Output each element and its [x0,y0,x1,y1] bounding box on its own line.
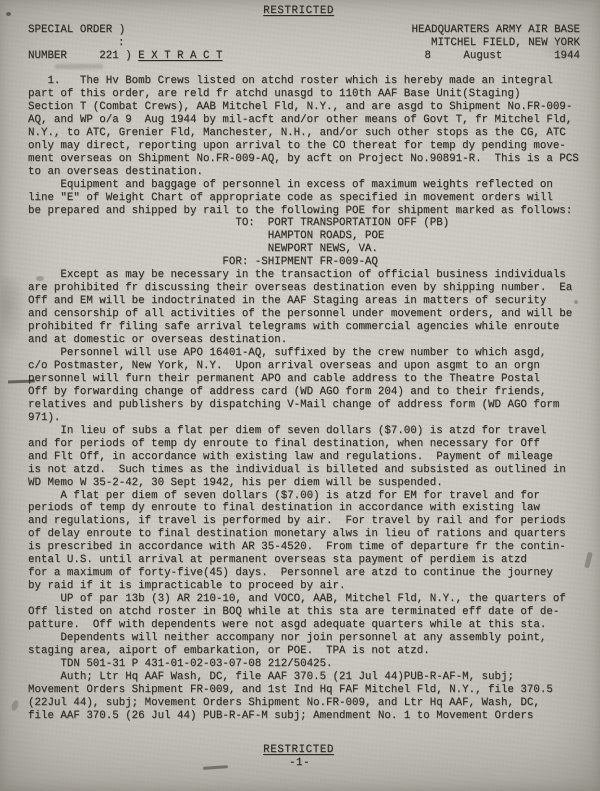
order-body-line: A flat per diem of seven dollars ($7.00)… [28,490,594,503]
order-body-line: HAMPTON ROADS, POE [28,230,594,243]
order-body-line: NEWPORT NEWS, VA. [28,243,594,256]
order-body-line: FOR: -SHIPMENT FR-009-AQ [28,256,594,269]
order-body-line: file AAF 370.5 (26 Jul 44) PUB-R-AF-M su… [28,710,594,723]
order-body-line: staging area, aiport of embarkation, or … [28,645,594,658]
order-body-line: Off by forwarding change of address card… [28,386,594,399]
smudge-mark [0,278,26,348]
order-body-line: TO: PORT TRANSPORTATION OFF (PB) [28,217,594,230]
order-body-line: ental U.S. until arrival at permanent ov… [28,554,594,567]
order-body-line: to an overseas destination. [28,166,594,179]
number-label: NUMBER [28,50,99,62]
order-body-line: for a maximum of forty-five(45) days. Pe… [28,567,594,580]
order-body-line: Off listed on atchd roster in BOQ while … [28,606,594,619]
order-body-line: Personnel will use APO 16401-AQ, suffixe… [28,347,594,360]
order-body-line: of delay enroute to final destination mo… [28,528,594,541]
order-body-line: Equipment and baggage of personnel in ex… [28,179,594,192]
order-body-line: ment overseas on Shipment No.FR-009-AQ, … [28,153,594,166]
order-body-line: 1. The Hv Bomb Crews listed on atchd ros… [28,75,594,88]
smudge-mark [203,765,228,770]
order-body-line: is not atzd. Such times as the individua… [28,464,594,477]
order-body-line: personnel will furn their permanent APO … [28,373,594,386]
order-body-lines: 1. The Hv Bomb Crews listed on atchd ros… [28,75,594,723]
order-body-line: only may direct, reporting upon arrival … [28,140,594,153]
order-body-line: line "E" of Weight Chart of appropriate … [28,192,594,205]
order-body-line: Auth; Ltr Hq AAF Wash, DC, file AAF 370.… [28,671,594,684]
order-body-line: Dependents will neither accompany nor jo… [28,632,594,645]
order-colon: : [118,37,124,50]
order-body-line: be prepared and shipped by rail to the f… [28,205,594,218]
order-body-line: Movement Orders Shipment FR-009, and 1st… [28,684,594,697]
order-body-line: and Flt Off, in accordance with existing… [28,451,594,464]
order-body-line: relatives and publishers by dispatching … [28,399,594,412]
order-body-line: Except as may be necessary in the transa… [28,269,594,282]
order-body-line: TDN 501-31 P 431-01-02-03-07-08 212/5042… [28,658,594,671]
station-line: MITCHEL FIELD, NEW YORK [431,37,580,50]
order-body-line: and at domestic or overseas destination. [28,334,594,347]
extract-label: E X T R A C T [138,50,222,62]
order-body-line: 971). [28,412,594,425]
smudge-mark [6,12,11,16]
order-body-line: and censorship of all activities of the … [28,308,594,321]
scanned-order-page: RESTRICTED SPECIAL ORDER ) : NUMBER 221 … [0,0,600,791]
order-body-line: patture. Off with dependents were not as… [28,619,594,632]
order-body-line: c/o Postmaster, New York, N.Y. Upon arri… [28,360,594,373]
order-body-line: UP of par 13b (3) AR 210-10, and VOCO, A… [28,593,594,606]
classification-banner-bottom: RESTRICTED [263,744,334,757]
order-body-line: In lieu of subs a flat per diem of seven… [28,425,594,438]
date-line: 8 August 1944 [424,50,580,63]
number-value: 221 ) [99,50,138,62]
headquarters-line: HEADQUARTERS ARMY AIR BASE [412,24,580,37]
order-body-line: part of this order, are reld fr atchd un… [28,88,594,101]
order-body-line: and regulations, if travel is performed … [28,515,594,528]
order-body-line: WD Memo W 35-2-42, 30 Sept 1942, his per… [28,477,594,490]
order-number-line: NUMBER 221 ) E X T R A C T [28,50,222,63]
order-body-line: periods of temp dy enroute to final dest… [28,502,594,515]
order-body-line: AQ, and WP o/a 9 Aug 1944 by mil-acft an… [28,114,594,127]
page-number: -1- [289,757,310,770]
order-body-line: is prescribed in accordance with AR 35-4… [28,541,594,554]
order-body-line: N.Y., to ATC, Grenier Fld, Manchester, N… [28,127,594,140]
classification-banner-top: RESTRICTED [263,5,334,18]
order-body-line: (22Jul 44), subj; Movement Orders Shipme… [28,697,594,710]
smudge-mark [55,64,103,69]
order-body-line: Section T (Combat Crews), AAB Mitchel Fl… [28,101,594,114]
order-body-line: are prohibited fr discussing their overs… [28,282,594,295]
order-body-line: prohibited fr filing safe arrival telegr… [28,321,594,334]
order-body-line: and for periods of temp dy enroute to fi… [28,438,594,451]
order-body-line: Off and EM will be indoctrinated in the … [28,295,594,308]
smudge-mark [10,699,19,711]
order-body-line: by raid if it is impracticable to procee… [28,580,594,593]
special-order-label: SPECIAL ORDER ) [28,24,125,37]
